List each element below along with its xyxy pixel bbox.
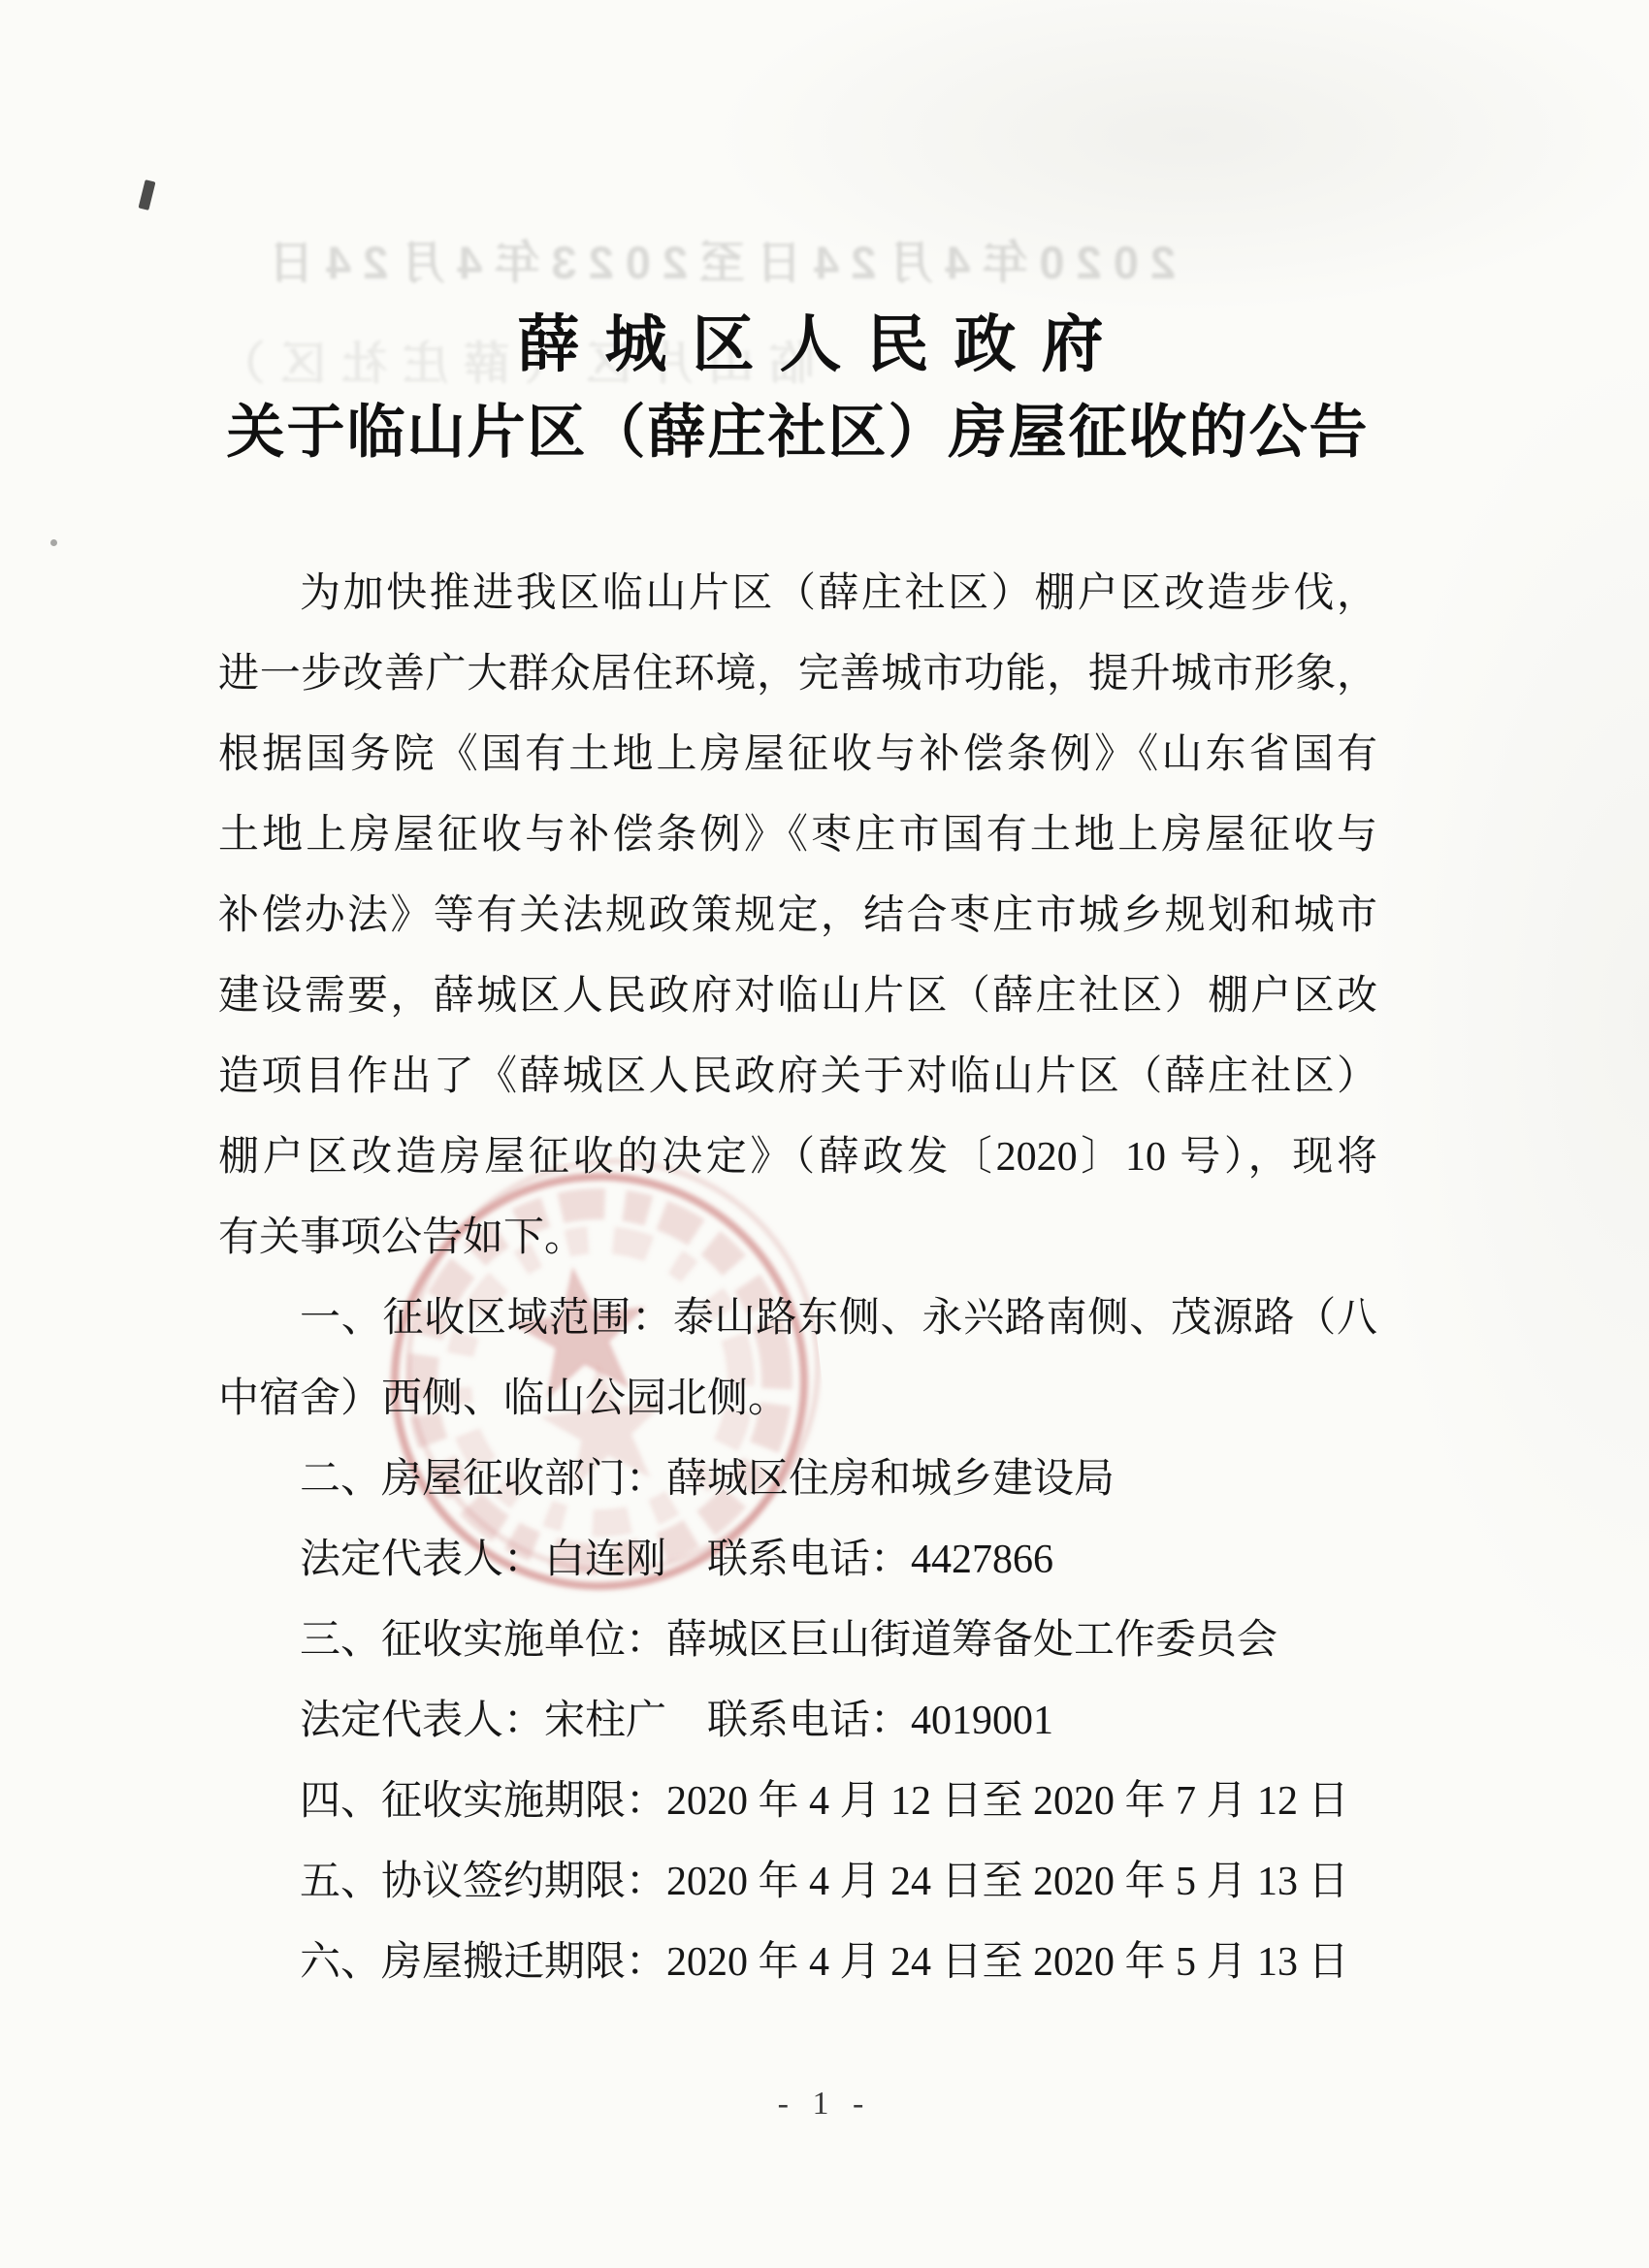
official-seal [353, 1135, 846, 1628]
body-line: 补偿办法》等有关法规政策规定，结合枣庄市城乡规划和城市 [218, 876, 1377, 956]
body-line: 建设需要，薛城区人民政府对临山片区（薛庄社区）棚户区改 [218, 956, 1377, 1037]
body-line: 法定代表人：宋柱广 联系电话：4019001 [218, 1681, 1377, 1762]
ink-speck [139, 179, 156, 211]
body-line: 四、征收实施期限：2020 年 4 月 12 日至 2020 年 7 月 12 … [218, 1762, 1377, 1842]
body-line: 六、房屋搬迁期限：2020 年 4 月 24 日至 2020 年 5 月 13 … [218, 1923, 1377, 2003]
ink-dot [50, 539, 57, 546]
body-line: 三、征收实施单位：薛城区巨山街道筹备处工作委员会 [218, 1601, 1377, 1681]
page-number: - 1 - [0, 2086, 1649, 2122]
bleedthrough-text: 2020年4月24日至2023年4月24日 [257, 227, 1176, 292]
body-line: 根据国务院《国有土地上房屋征收与补偿条例》《山东省国有 [218, 715, 1377, 795]
body-line: 进一步改善广大群众居住环境，完善城市功能，提升城市形象， [218, 634, 1377, 715]
seal-star [510, 1262, 674, 1492]
document-title-line2: 关于临山片区（薛庄社区）房屋征收的公告 [218, 386, 1377, 470]
body-line: 土地上房屋征收与补偿条例》《枣庄市国有土地上房屋征收与 [218, 795, 1377, 876]
body-line: 五、协议签约期限：2020 年 4 月 24 日至 2020 年 5 月 13 … [218, 1842, 1377, 1923]
body-line: 为加快推进我区临山片区（薛庄社区）棚户区改造步伐， [218, 554, 1377, 634]
document-page: 2020年4月24日至2023年4月24日 临山片区（薛庄社区） 薛城区人民政府… [0, 0, 1649, 2268]
body-line: 造项目作出了《薛城区人民政府关于对临山片区（薛庄社区） [218, 1037, 1377, 1118]
document-title-line1: 薛城区人民政府 [218, 295, 1403, 384]
